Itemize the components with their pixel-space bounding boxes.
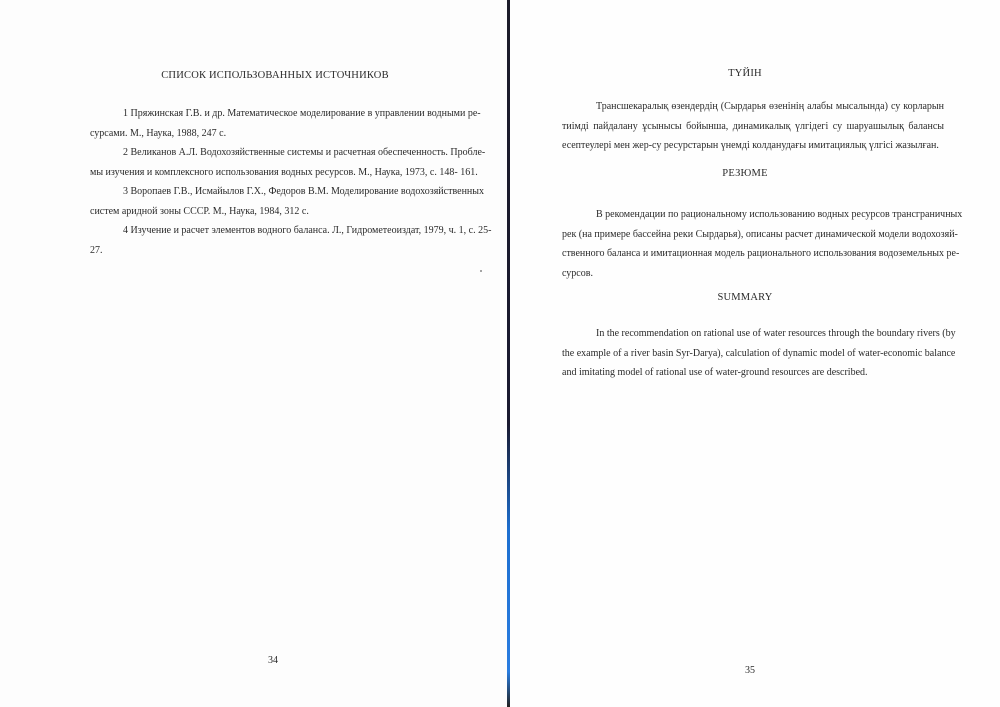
right-page: ТҮЙІН Трансшекаралық өзендердің (Сырдарь… (510, 0, 1000, 707)
text-line: рек (на примере бассейна реки Сырдарья),… (562, 225, 944, 245)
text-line: and imitating model of rational use of w… (562, 363, 944, 383)
text-line: есептеулері мен жер-су ресурстарын үнемд… (562, 136, 944, 156)
left-page: СПИСОК ИСПОЛЬЗОВАННЫХ ИСТОЧНИКОВ 1 Пряжи… (0, 0, 507, 707)
reference-item: 3 Воропаев Г.В., Исмайылов Г.Х., Федоров… (90, 182, 472, 221)
text-line: the example of a river basin Syr-Darya),… (562, 344, 944, 364)
section-text-kazakh: Трансшекаралық өзендердің (Сырдарья өзен… (562, 97, 944, 156)
section-heading-russian: РЕЗЮМЕ (705, 168, 785, 179)
text-line: В рекомендации по рациональному использо… (562, 205, 944, 225)
reference-item: 2 Великанов А.Л. Водохозяйственные систе… (90, 143, 472, 182)
section-heading-kazakh: ТҮЙІН (715, 68, 775, 79)
section-text-russian: В рекомендации по рациональному использо… (562, 205, 944, 283)
reference-line: 4 Изучение и расчет элементов водного ба… (90, 221, 472, 241)
section-text-english: In the recommendation on rational use of… (562, 324, 944, 383)
text-line: ственного баланса и имитационная модель … (562, 244, 944, 264)
reference-line: 1 Пряжинская Г.В. и др. Математическое м… (90, 104, 472, 124)
text-line: In the recommendation on rational use of… (562, 324, 944, 344)
reference-line: 27. (90, 241, 472, 261)
page-number: 34 (268, 655, 278, 666)
scan-speck (480, 270, 482, 272)
text-line: Трансшекаралық өзендердің (Сырдарья өзен… (562, 97, 944, 117)
reference-line: сурсами. М., Наука, 1988, 247 с. (90, 124, 472, 144)
references-title: СПИСОК ИСПОЛЬЗОВАННЫХ ИСТОЧНИКОВ (0, 70, 550, 81)
page-number: 35 (745, 665, 755, 676)
reference-line: мы изучения и комплексного использования… (90, 163, 472, 183)
reference-item: 1 Пряжинская Г.В. и др. Математическое м… (90, 104, 472, 143)
section-heading-english: SUMMARY (695, 292, 795, 303)
text-line: сурсов. (562, 264, 944, 284)
reference-line: 3 Воропаев Г.В., Исмайылов Г.Х., Федоров… (90, 182, 472, 202)
reference-line: систем аридной зоны СССР. М., Наука, 198… (90, 202, 472, 222)
reference-item: 4 Изучение и расчет элементов водного ба… (90, 221, 472, 260)
text-line: тиімді пайдалану ұсынысы бойынша, динами… (562, 117, 944, 137)
reference-line: 2 Великанов А.Л. Водохозяйственные систе… (90, 143, 472, 163)
